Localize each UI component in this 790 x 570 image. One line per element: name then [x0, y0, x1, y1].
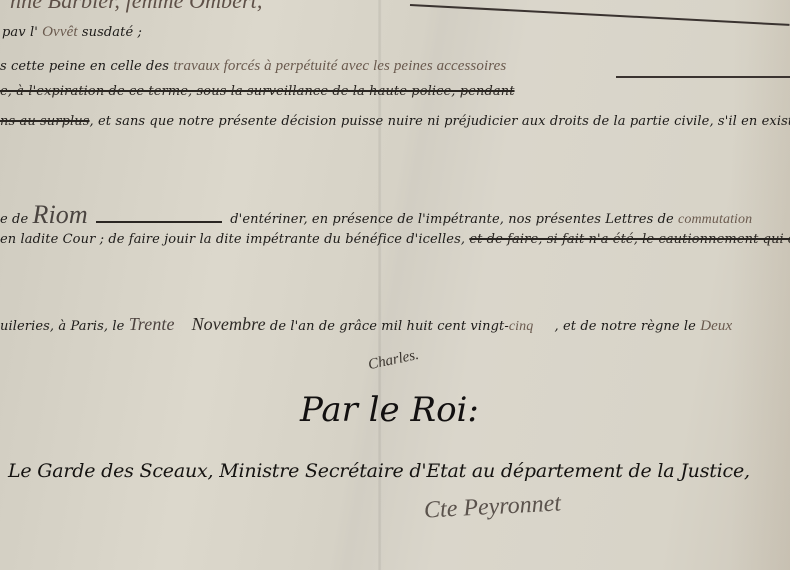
text: , et sans que notre présente décision pu…	[90, 114, 790, 129]
text: pav l'	[2, 25, 38, 40]
text: s cette peine en celle des	[0, 59, 169, 74]
text: en ladite Cour ; de faire jouir la dite …	[0, 232, 465, 247]
text: uileries, à Paris, le	[0, 319, 124, 334]
date-line: uileries, à Paris, le Trente Novembre de…	[0, 314, 732, 335]
paper-edge-stain	[730, 0, 790, 570]
struck-text: ns au surplus	[0, 114, 90, 129]
text: e de	[0, 212, 28, 227]
fill-rule	[96, 221, 222, 223]
struck-text: et de faire, si fait n'a été, le caution…	[469, 232, 790, 247]
handwritten-day: Trente	[129, 314, 175, 334]
text: de l'an de grâce mil huit cent vingt-	[270, 319, 509, 334]
fill-rule	[616, 76, 790, 78]
text: , et de notre règne le	[555, 319, 696, 334]
handwritten-court-riom: Riom	[32, 200, 87, 229]
minister-line: Le Garde des Sceaux, Ministre Secrétaire…	[8, 460, 750, 482]
text: susdaté ;	[82, 25, 142, 40]
minister-signature: Cte Peyronnet	[423, 490, 561, 524]
line-5: e de Riom d'entériner, en présence de l'…	[0, 200, 752, 230]
text: d'entériner, en présence de l'impétrante…	[230, 212, 674, 227]
handwritten-reign-year: Deux	[700, 318, 732, 334]
handwritten-year: cinq	[509, 319, 534, 334]
par-le-roi-title: Par le Roi:	[300, 390, 479, 430]
handwritten-commutation: commutation	[678, 212, 752, 227]
king-signature: Charles.	[367, 347, 421, 374]
struck-line-3: e, à l'expiration de ce terme, sous la s…	[0, 84, 515, 99]
line-6: en ladite Cour ; de faire jouir la dite …	[0, 232, 790, 247]
handwritten-month: Novembre	[192, 314, 266, 334]
line-2: s cette peine en celle des travaux forcé…	[0, 58, 506, 75]
condemned-name: nne Barbier, femme Ombert,	[10, 0, 263, 14]
handwritten-arret: Ovvêt	[42, 24, 77, 40]
line-1: pav l' Ovvêt susdaté ;	[2, 24, 142, 41]
handwritten-sentence: travaux forcés à perpétuité avec les pei…	[173, 58, 506, 74]
line-4: ns au surplus, et sans que notre présent…	[0, 114, 790, 129]
